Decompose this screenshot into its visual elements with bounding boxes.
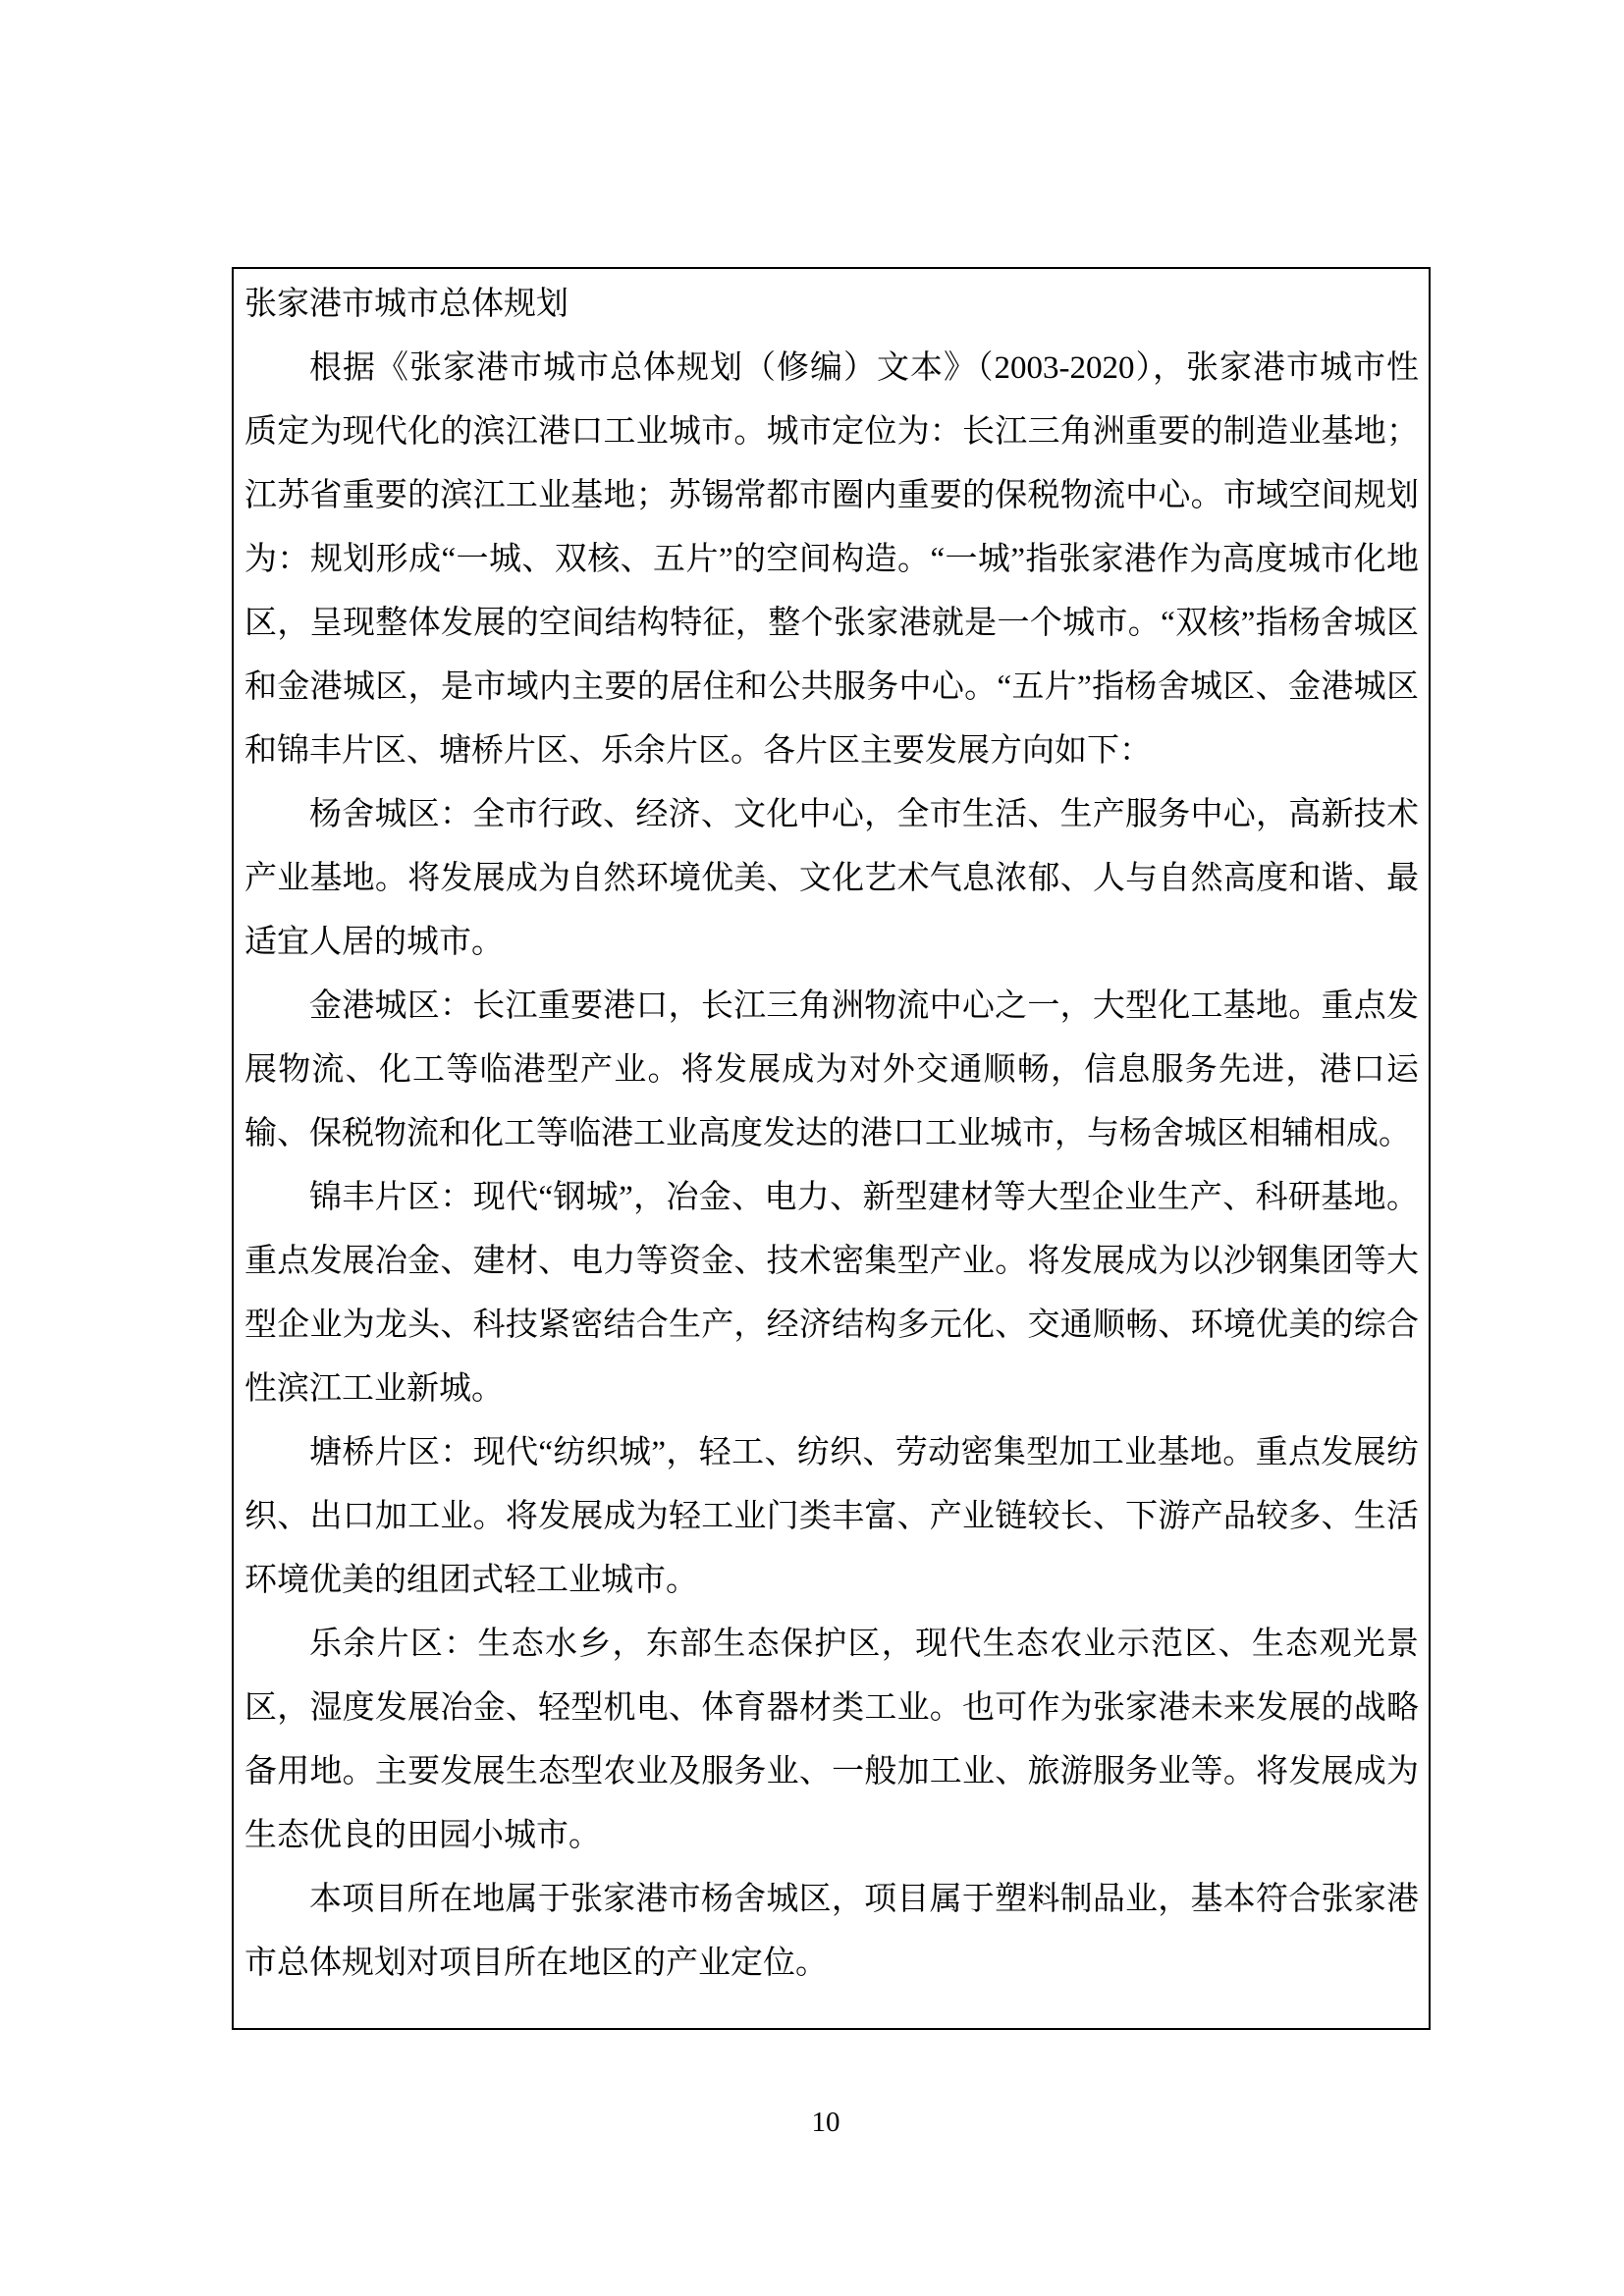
paragraph-leyu-area: 乐余片区：生态水乡，东部生态保护区，现代生态农业示范区、生态观光景区，湿度发展冶… xyxy=(244,1613,1419,1868)
paragraph-master-plan-overview: 根据《张家港市城市总体规划（修编）文本》（2003-2020），张家港市城市性质… xyxy=(244,337,1419,783)
paragraph-tangqiao-area: 塘桥片区：现代“纺织城”，轻工、纺织、劳动密集型加工业基地。重点发展纺织、出口加… xyxy=(244,1421,1419,1613)
paragraph-yangshe-district: 杨舍城区：全市行政、经济、文化中心，全市生活、生产服务中心，高新技术产业基地。将… xyxy=(244,783,1419,975)
content-box: 张家港市城市总体规划 根据《张家港市城市总体规划（修编）文本》（2003-202… xyxy=(232,267,1431,2030)
page-number: 10 xyxy=(14,2107,1624,2139)
paragraph-project-conclusion: 本项目所在地属于张家港市杨舍城区，项目属于塑料制品业，基本符合张家港市总体规划对… xyxy=(244,1868,1419,1996)
section-title: 张家港市城市总体规划 xyxy=(244,273,1419,337)
paragraph-jinfeng-area: 锦丰片区：现代“钢城”，冶金、电力、新型建材等大型企业生产、科研基地。重点发展冶… xyxy=(244,1166,1419,1421)
paragraph-jingang-district: 金港城区：长江重要港口，长江三角洲物流中心之一，大型化工基地。重点发展物流、化工… xyxy=(244,975,1419,1166)
